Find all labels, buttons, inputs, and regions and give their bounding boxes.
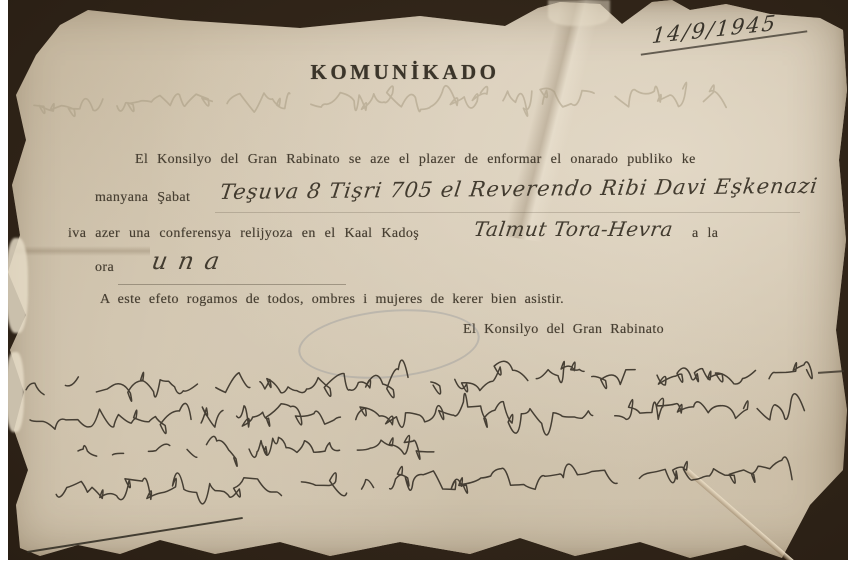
document-title: KOMUNİKADO: [255, 60, 555, 85]
page-margin-bottom: [0, 560, 848, 564]
body-line-3-printed: iva azer una conferensya relijyoza en el…: [68, 226, 419, 242]
torn-edge-left-upper: [6, 238, 28, 333]
body-line-3-suffix: a la: [692, 226, 718, 242]
screenshot-stage: 14/9/1945 KOMUNİKADO El Konsilyo del Gra…: [0, 0, 848, 564]
fold-flap-top: [548, 0, 610, 26]
body-line-3-handwritten: Talmut Tora-Hevra: [472, 217, 674, 241]
body-line-4-printed: ora: [95, 260, 114, 276]
solitreo-line-3: [76, 432, 426, 463]
body-line-4-handwritten: una: [150, 247, 233, 275]
page-margin-left: [0, 0, 8, 564]
body-line-2-printed: manyana Şabat: [95, 190, 190, 206]
form-blank-line-2: [215, 212, 800, 213]
torn-edge-left-lower: [6, 352, 24, 432]
body-line-1: El Konsilyo del Gran Rabinato se aze el …: [135, 152, 696, 168]
closing-line: A este efeto rogamos de todos, ombres i …: [100, 292, 564, 308]
photo-background: 14/9/1945 KOMUNİKADO El Konsilyo del Gra…: [0, 0, 848, 564]
printed-signature: El Konsilyo del Gran Rabinato: [463, 322, 664, 338]
form-blank-line-4: [118, 284, 346, 285]
